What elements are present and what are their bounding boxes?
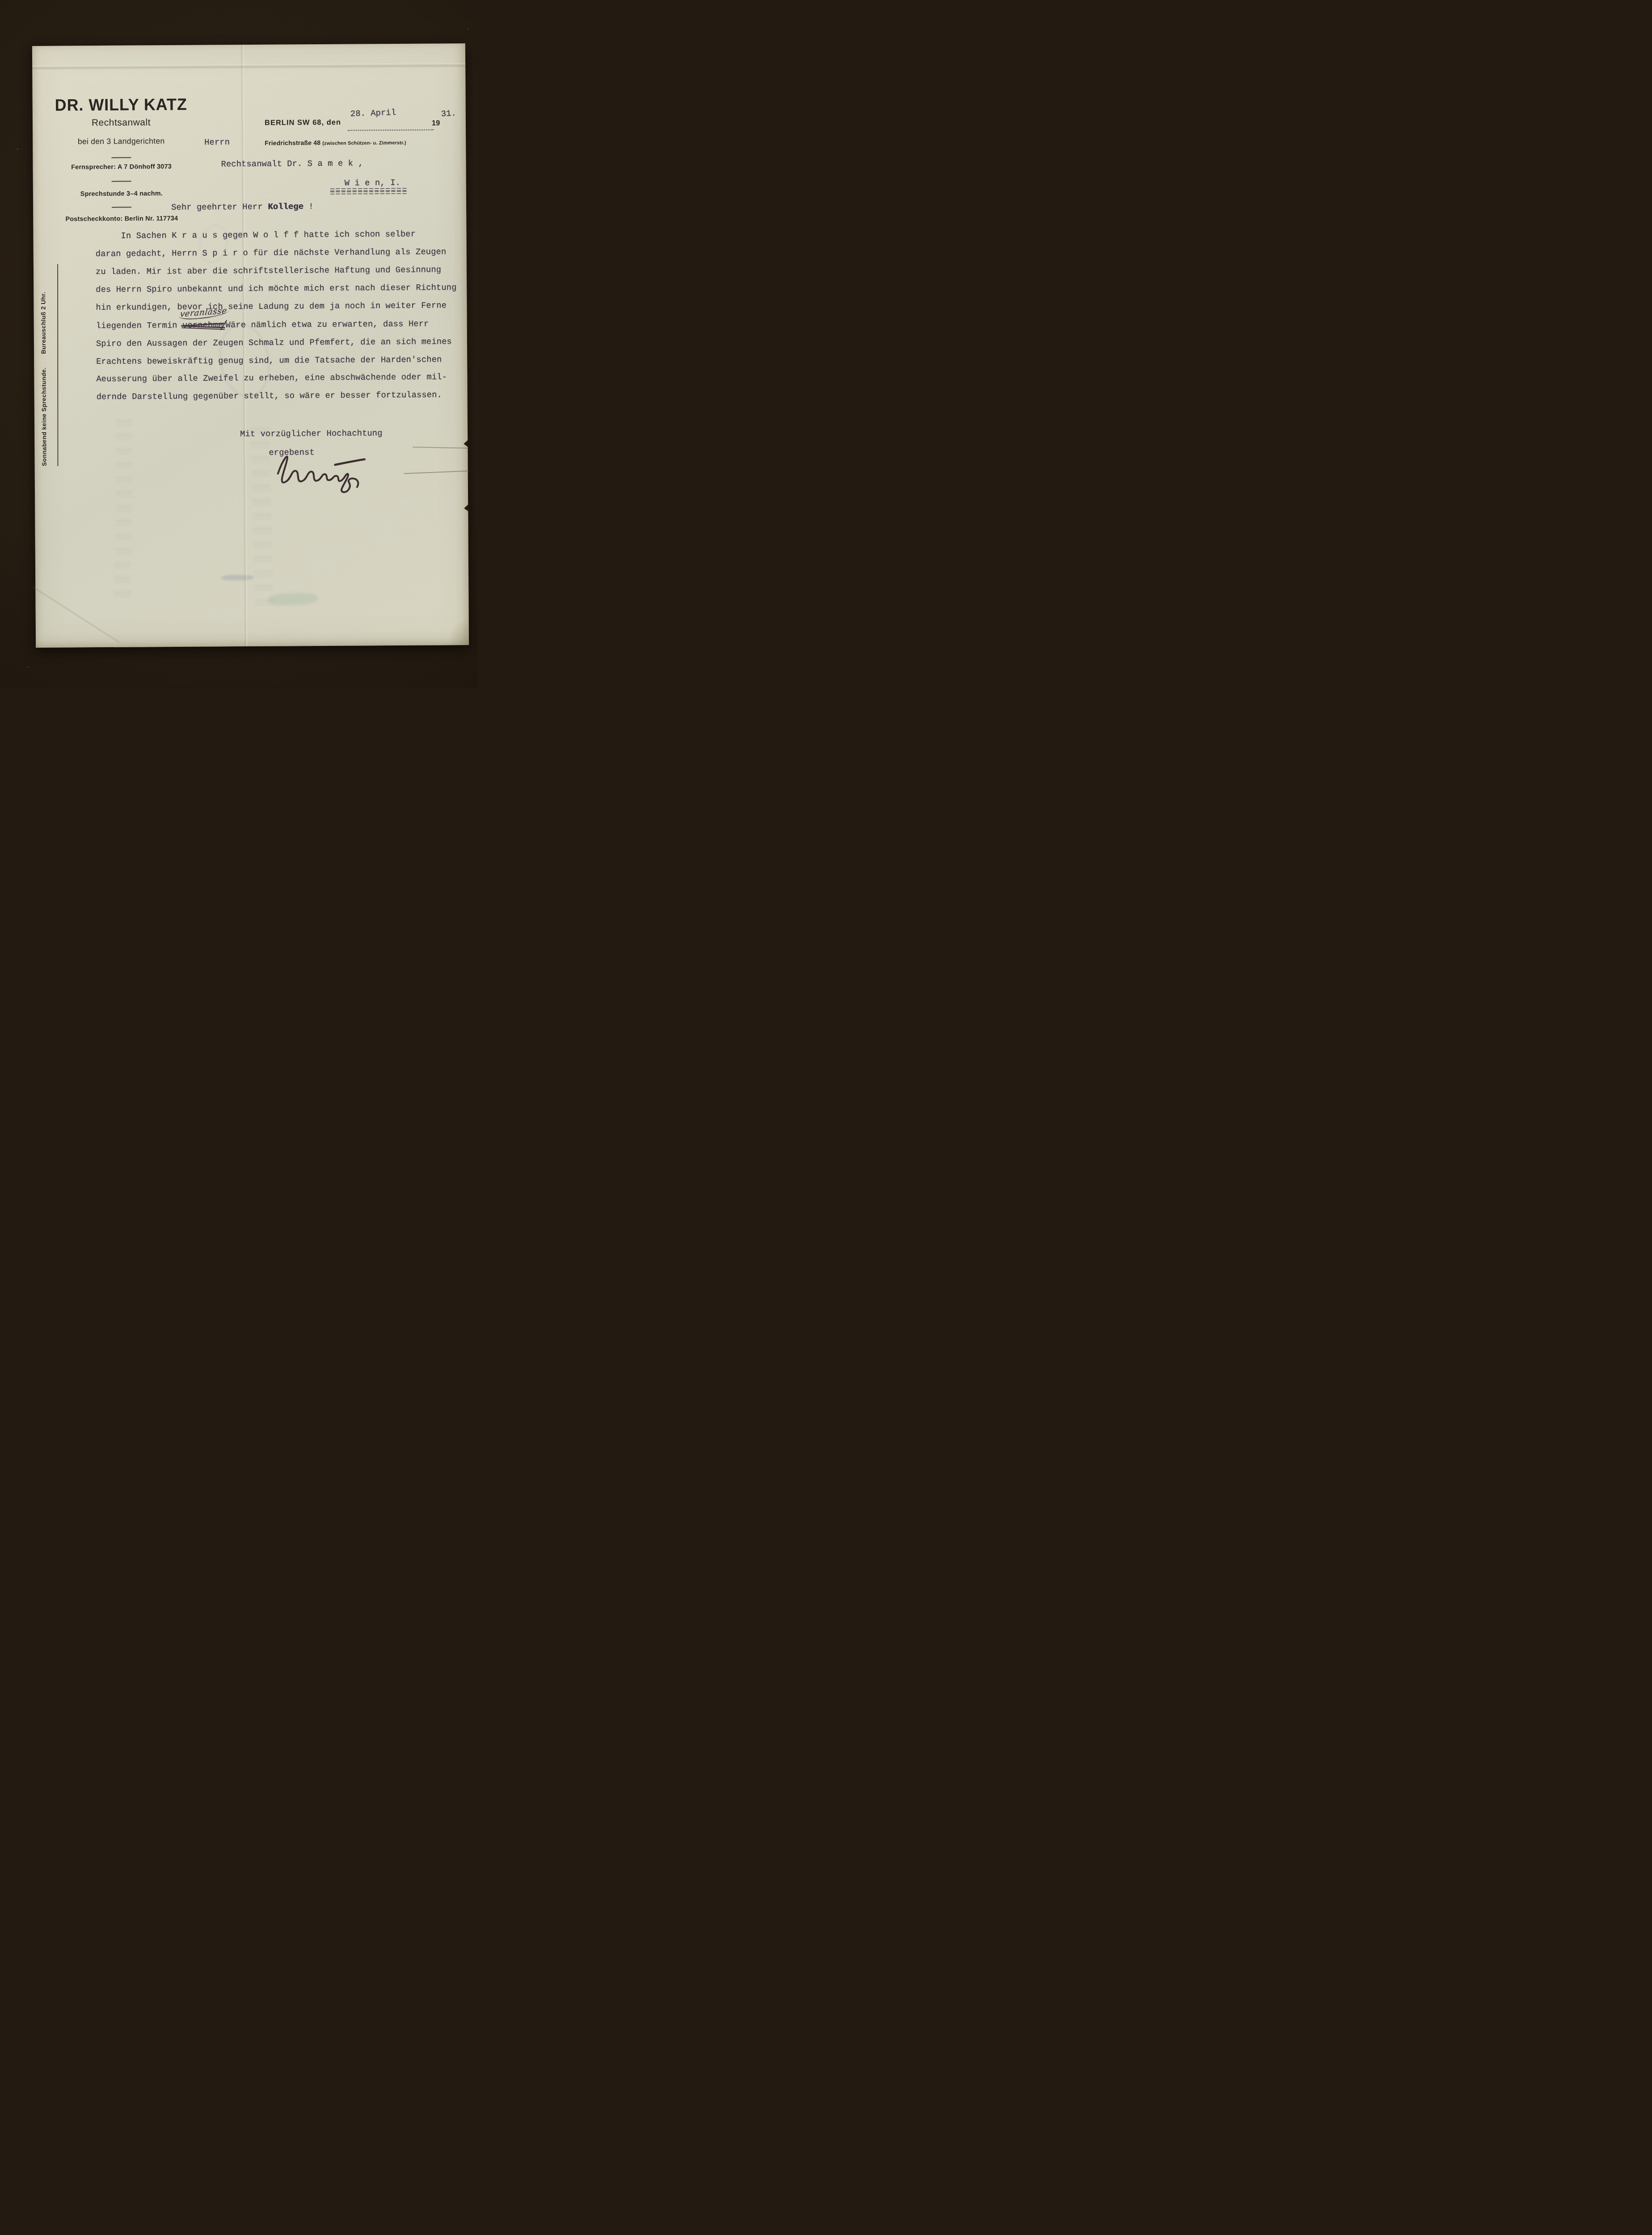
margin-note-part1: Sonnabend keine Sprechstunde. [40, 367, 47, 466]
body-line: des Herrn Spiro unbekannt und ich möchte… [96, 283, 471, 296]
dateline-city: BERLIN SW 68, den [265, 118, 341, 127]
letterhead-divider [112, 207, 131, 208]
signature-handwriting [271, 452, 370, 502]
ghost-blue-smudge [221, 575, 253, 580]
margin-note-vertical: Sonnabend keine Sprechstunde.Bureauschlu… [40, 265, 55, 466]
dateline-typed-year: 31. [441, 108, 456, 119]
letterhead-courts: bei den 3 Landgerichten [43, 136, 199, 147]
recipient-underline: ============== [330, 191, 408, 196]
fold-crease-horizontal [32, 63, 465, 70]
recipient-name: Rechtsanwalt Dr. S a m e k , [221, 158, 363, 169]
dust-speck [468, 29, 468, 30]
crease-right-edge [413, 447, 468, 448]
salutation-emphasis: Kollege [268, 202, 303, 211]
body-line: dernde Darstellung gegenüber stellt, so … [97, 390, 472, 404]
edge-tear-notch [463, 439, 468, 447]
body-line: Erachtens beweiskräftig genug sind, um d… [96, 354, 472, 368]
body-line: In Sachen K r a u s gegen W o l f f hatt… [95, 229, 478, 243]
salutation: Sehr geehrter Herr Kollege ! [171, 202, 314, 212]
body-line: daran gedacht, Herrn S p i r o für die n… [96, 247, 471, 261]
handwritten-slash: / [222, 325, 226, 325]
letter-paper-sheet: DR. WILLY KATZ Rechtsanwalt bei den 3 La… [32, 43, 469, 648]
dust-speck [17, 148, 18, 150]
edge-tear-notch [464, 504, 469, 512]
margin-note-rule [57, 264, 58, 466]
recipient-herrn: Herrn [204, 137, 230, 147]
street-text: Friedrichstraße 48 [265, 139, 322, 147]
ghost-green-smudge [268, 592, 318, 606]
body-line: Aeusserung über alle Zweifel zu erheben,… [96, 372, 472, 386]
letterhead-role: Rechtsanwalt [43, 117, 199, 129]
correction-post-text: Wäre nämlich etwa zu erwarten, dass Herr [225, 319, 429, 330]
closing-formula: Mit vorzüglicher Hochachtung [240, 428, 383, 439]
corner-shading [431, 602, 469, 645]
street-note-text: (zwischen Schützen- u. Zimmerstr.) [322, 140, 406, 146]
ghost-stamp-offset-left [114, 417, 133, 602]
dateline-typed-date: 28. April [350, 108, 396, 119]
crease-right-edge [404, 470, 469, 474]
salutation-pre: Sehr geehrter Herr [171, 202, 268, 212]
body-line: Spiro den Aussagen der Zeugen Schmalz un… [96, 337, 472, 350]
letterhead-phone: Fernsprecher: A 7 Dönhoff 3073 [44, 163, 199, 171]
body-line-with-correction: liegenden Termin vornehme/Wäre nämlich e… [96, 319, 472, 333]
dateline-year-prefix: 19 [432, 119, 440, 127]
crease-diagonal-bottom-left [33, 587, 120, 643]
salutation-punct: ! [303, 202, 314, 211]
letterhead-divider [112, 181, 131, 182]
dateline-dotted-rule [348, 119, 434, 131]
letterhead-divider [111, 157, 131, 158]
dateline-street: Friedrichstraße 48 (zwischen Schützen- u… [265, 139, 406, 147]
letterhead-postal-account: Postscheckkonto: Berlin Nr. 117734 [44, 215, 199, 223]
margin-note-part2: Bureauschluß 2 Uhr. [40, 292, 47, 367]
body-line: zu laden. Mir ist aber die schriftstelle… [96, 265, 471, 278]
dust-speck [27, 667, 28, 668]
struck-out-word: vornehme [182, 320, 223, 330]
letterhead-name: DR. WILLY KATZ [46, 95, 197, 115]
body-line: hin erkundigen, bevor ich seine Ladung z… [96, 300, 471, 314]
letterhead-office-hours: Sprechstunde 3–4 nachm. [44, 190, 199, 198]
correction-pre-text: liegenden Termin [96, 320, 182, 331]
